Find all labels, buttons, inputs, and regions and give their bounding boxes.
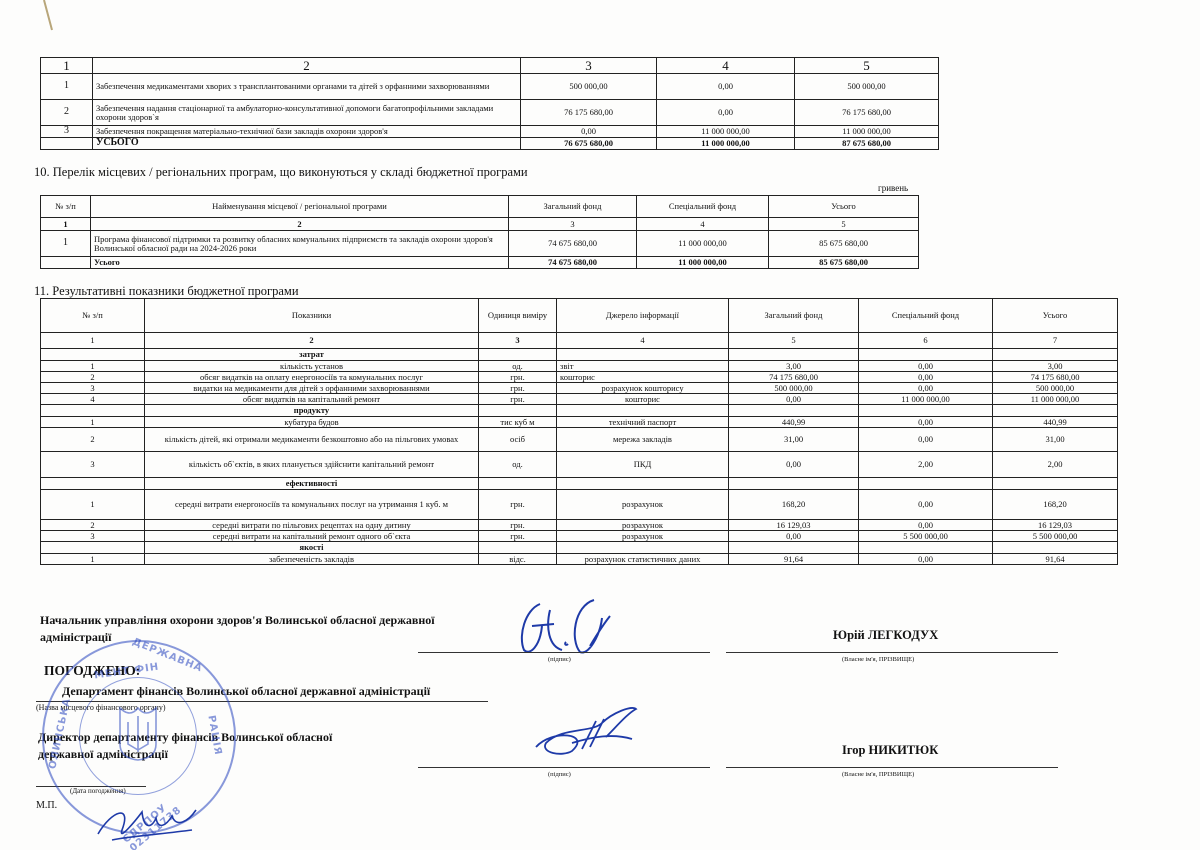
table-row: 3 Забезпечення покращення матеріально-те… bbox=[41, 126, 939, 138]
table-row: 2обсяг видатків на оплату енергоносіїв т… bbox=[41, 372, 1118, 383]
column-index: 3 bbox=[479, 333, 557, 349]
info-source: кошторис bbox=[557, 372, 729, 383]
column-header: Джерело інформації bbox=[557, 299, 729, 333]
signature-director-icon bbox=[532, 703, 642, 759]
group-label: затрат bbox=[145, 349, 479, 361]
stamp-text: ОЛИНСЬКА bbox=[47, 697, 73, 770]
column-index: 4 bbox=[637, 218, 769, 231]
head-position: Начальник управління охорони здоров'я Во… bbox=[40, 612, 440, 647]
indicator-name: кількість дітей, які отримали медикамент… bbox=[145, 428, 479, 452]
stamp-text: РАЦІЯ bbox=[205, 714, 223, 756]
total-label: Усього bbox=[91, 257, 509, 269]
table-row: 4обсяг видатків на капітальний ремонтгрн… bbox=[41, 394, 1118, 405]
info-source: технічний паспорт bbox=[557, 417, 729, 428]
total-label: УСЬОГО bbox=[93, 138, 521, 150]
column-index: 1 bbox=[41, 218, 91, 231]
signature-mark-icon bbox=[92, 800, 202, 846]
program-name: Програма фінансової підтримки та розвитк… bbox=[91, 231, 509, 257]
column-index: 6 bbox=[859, 333, 993, 349]
indicator-name: забезпеченість закладів bbox=[145, 554, 479, 565]
info-source: звіт bbox=[557, 361, 729, 372]
indicator-name: кількість об`єктів, в яких планується зд… bbox=[145, 452, 479, 478]
signature-line bbox=[418, 652, 710, 653]
direction-name: Забезпечення надання стаціонарної та амб… bbox=[93, 100, 521, 126]
column-header: Спеціальний фонд bbox=[859, 299, 993, 333]
table-row: 1 Забезпечення медикаментами хворих з тр… bbox=[41, 74, 939, 100]
currency-unit: гривень bbox=[878, 183, 908, 193]
column-index: 3 bbox=[521, 58, 657, 74]
direction-name: Забезпечення медикаментами хворих з тран… bbox=[93, 74, 521, 100]
column-header: Одиниця виміру bbox=[479, 299, 557, 333]
indicator-name: кількість установ bbox=[145, 361, 479, 372]
signature-head-icon bbox=[510, 596, 630, 660]
column-index: 5 bbox=[769, 218, 919, 231]
unit: грн. bbox=[479, 372, 557, 383]
indicator-name: середні витрати енергоносіїв та комуналь… bbox=[145, 490, 479, 520]
column-header: Спеціальний фонд bbox=[637, 196, 769, 218]
column-index: 2 bbox=[145, 333, 479, 349]
column-index: 1 bbox=[41, 333, 145, 349]
table-row: 3середні витрати на капітальний ремонт о… bbox=[41, 531, 1118, 542]
column-header: № з/п bbox=[41, 299, 145, 333]
unit: грн. bbox=[479, 531, 557, 542]
table-row: 3кількість об`єктів, в яких планується з… bbox=[41, 452, 1118, 478]
table-row: 2середні витрати по пільгових рецептах н… bbox=[41, 520, 1118, 531]
group-label: ефективності bbox=[145, 478, 479, 490]
unit: од. bbox=[479, 452, 557, 478]
name-line bbox=[726, 767, 1058, 768]
column-index: 4 bbox=[657, 58, 795, 74]
scan-artifact bbox=[40, 0, 60, 32]
group-label: продукту bbox=[145, 405, 479, 417]
name-line bbox=[726, 652, 1058, 653]
budget-directions-table: 1 2 3 4 5 1 Забезпечення медикаментами х… bbox=[40, 57, 939, 150]
group-row: продукту bbox=[41, 405, 1118, 417]
info-source: розрахунок bbox=[557, 531, 729, 542]
table-row: 1забезпеченість закладіввідс.розрахунок … bbox=[41, 554, 1118, 565]
unit: осіб bbox=[479, 428, 557, 452]
column-header: Загальний фонд bbox=[509, 196, 637, 218]
table-row: 3видатки на медикаменти для дітей з орфа… bbox=[41, 383, 1118, 394]
unit: грн. bbox=[479, 490, 557, 520]
signature-caption: (підпис) bbox=[548, 656, 571, 663]
column-index: 4 bbox=[557, 333, 729, 349]
indicator-name: середні витрати на капітальний ремонт од… bbox=[145, 531, 479, 542]
column-index: 7 bbox=[993, 333, 1118, 349]
column-index: 1 bbox=[41, 58, 93, 74]
total-row: УСЬОГО 76 675 680,00 11 000 000,00 87 67… bbox=[41, 138, 939, 150]
head-name: Юрій ЛЕГКОДУХ bbox=[833, 628, 938, 643]
info-source: кошторис bbox=[557, 394, 729, 405]
director-name: Ігор НИКИТЮК bbox=[842, 743, 938, 758]
column-header: Усього bbox=[769, 196, 919, 218]
info-source: розрахунок статистичних даних bbox=[557, 554, 729, 565]
column-index: 2 bbox=[91, 218, 509, 231]
indicator-name: видатки на медикаменти для дітей з орфан… bbox=[145, 383, 479, 394]
info-source: розрахунок кошторису bbox=[557, 383, 729, 394]
info-source: мережа закладів bbox=[557, 428, 729, 452]
group-row: якості bbox=[41, 542, 1118, 554]
table-row: 1кубатура будовтис куб мтехнічний паспор… bbox=[41, 417, 1118, 428]
column-header: Показники bbox=[145, 299, 479, 333]
name-caption: (Власне ім'я, ПРІЗВИЩЕ) bbox=[842, 771, 914, 778]
coat-of-arms-icon bbox=[116, 704, 160, 764]
indicator-name: кубатура будов bbox=[145, 417, 479, 428]
table-row: 1середні витрати енергоносіїв та комунал… bbox=[41, 490, 1118, 520]
column-header: № з/п bbox=[41, 196, 91, 218]
column-header: Загальний фонд bbox=[729, 299, 859, 333]
column-index: 3 bbox=[509, 218, 637, 231]
table-row: 2 Забезпечення надання стаціонарної та а… bbox=[41, 100, 939, 126]
regional-programs-table: № з/п Найменування місцевої / регіональн… bbox=[40, 195, 919, 269]
group-label: якості bbox=[145, 542, 479, 554]
column-index: 2 bbox=[93, 58, 521, 74]
performance-indicators-table: № з/п Показники Одиниця виміру Джерело і… bbox=[40, 298, 1118, 565]
indicator-name: середні витрати по пільгових рецептах на… bbox=[145, 520, 479, 531]
table-row: 1кількість установод.звіт3,000,003,00 bbox=[41, 361, 1118, 372]
indicator-name: обсяг видатків на оплату енергоносіїв та… bbox=[145, 372, 479, 383]
signature-line bbox=[418, 767, 710, 768]
column-header: Найменування місцевої / регіональної про… bbox=[91, 196, 509, 218]
unit: тис куб м bbox=[479, 417, 557, 428]
total-row: Усього 74 675 680,00 11 000 000,00 85 67… bbox=[41, 257, 919, 269]
info-source: розрахунок bbox=[557, 490, 729, 520]
signature-caption: (підпис) bbox=[548, 771, 571, 778]
table-row: 2кількість дітей, які отримали медикамен… bbox=[41, 428, 1118, 452]
name-caption: (Власне ім'я, ПРІЗВИЩЕ) bbox=[842, 656, 914, 663]
section-10-title: 10. Перелік місцевих / регіональних прог… bbox=[34, 165, 528, 180]
unit: грн. bbox=[479, 394, 557, 405]
column-index: 5 bbox=[795, 58, 939, 74]
unit: грн. bbox=[479, 520, 557, 531]
table-row: 1 Програма фінансової підтримки та розви… bbox=[41, 231, 919, 257]
column-index: 5 bbox=[729, 333, 859, 349]
column-header: Усього bbox=[993, 299, 1118, 333]
seal-label: М.П. bbox=[36, 800, 57, 811]
unit: відс. bbox=[479, 554, 557, 565]
section-11-title: 11. Результативні показники бюджетної пр… bbox=[34, 284, 299, 299]
group-row: затрат bbox=[41, 349, 1118, 361]
info-source: розрахунок bbox=[557, 520, 729, 531]
indicator-name: обсяг видатків на капітальний ремонт bbox=[145, 394, 479, 405]
unit: од. bbox=[479, 361, 557, 372]
group-row: ефективності bbox=[41, 478, 1118, 490]
unit: грн. bbox=[479, 383, 557, 394]
direction-name: Забезпечення покращення матеріально-техн… bbox=[93, 126, 521, 138]
info-source: ПКД bbox=[557, 452, 729, 478]
